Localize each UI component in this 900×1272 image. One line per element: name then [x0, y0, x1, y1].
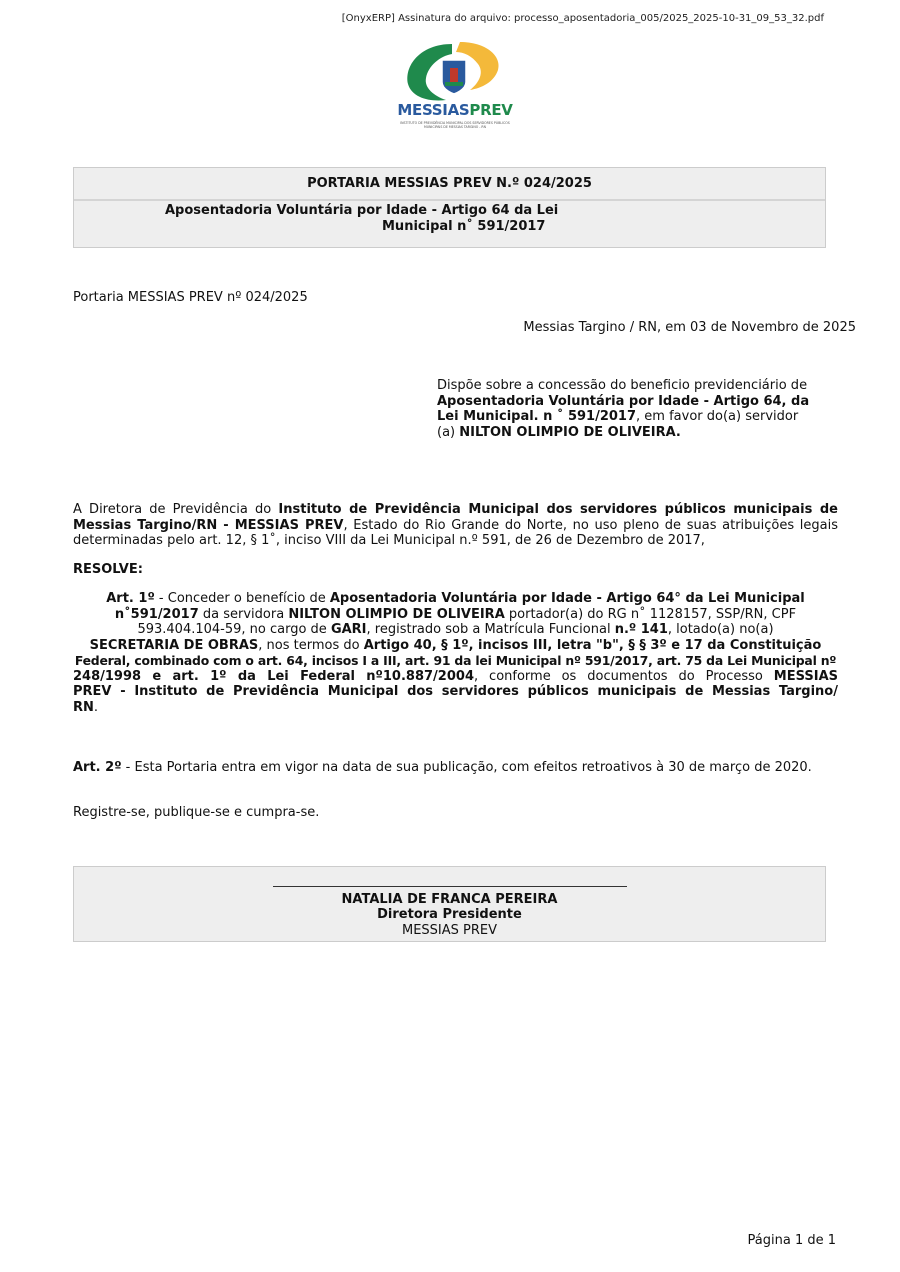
signer-name: NATALIA DE FRANCA PEREIRA: [342, 892, 558, 907]
article-2: Art. 2º - Esta Portaria entra em vigor n…: [73, 760, 838, 776]
signer-org: MESSIAS PREV: [74, 923, 825, 939]
signature-block: NATALIA DE FRANCA PEREIRA Diretora Presi…: [73, 866, 826, 942]
portaria-reference: Portaria MESSIAS PREV nº 024/2025: [73, 290, 308, 306]
document-header-box: PORTARIA MESSIAS PREV N.º 024/2025 Apose…: [73, 167, 826, 248]
article-1: Art. 1º - Conceder o benefício de Aposen…: [73, 591, 838, 715]
preamble: A Diretora de Previdência do Instituto d…: [73, 502, 838, 549]
ementa: Dispõe sobre a concessão do beneficio pr…: [437, 378, 817, 440]
page-number: Página 1 de 1: [748, 1233, 836, 1248]
closing-statement: Registre-se, publique-se e cumpra-se.: [73, 805, 319, 821]
document-subtitle: Aposentadoria Voluntária por Idade - Art…: [74, 201, 825, 235]
file-signature-header: [OnyxERP] Assinatura do arquivo: process…: [342, 13, 824, 24]
document-title: PORTARIA MESSIAS PREV N.º 024/2025: [74, 168, 825, 201]
resolve-heading: RESOLVE:: [73, 562, 143, 578]
logo-wordmark: MESSIASPREV: [390, 101, 520, 119]
signature-rule: [273, 874, 627, 887]
place-and-date: Messias Targino / RN, em 03 de Novembro …: [523, 320, 856, 336]
logo-subtitle: INSTITUTO DE PREVIDÊNCIA MUNICIPAL DOS S…: [392, 121, 518, 129]
signer-role: Diretora Presidente: [377, 907, 522, 922]
